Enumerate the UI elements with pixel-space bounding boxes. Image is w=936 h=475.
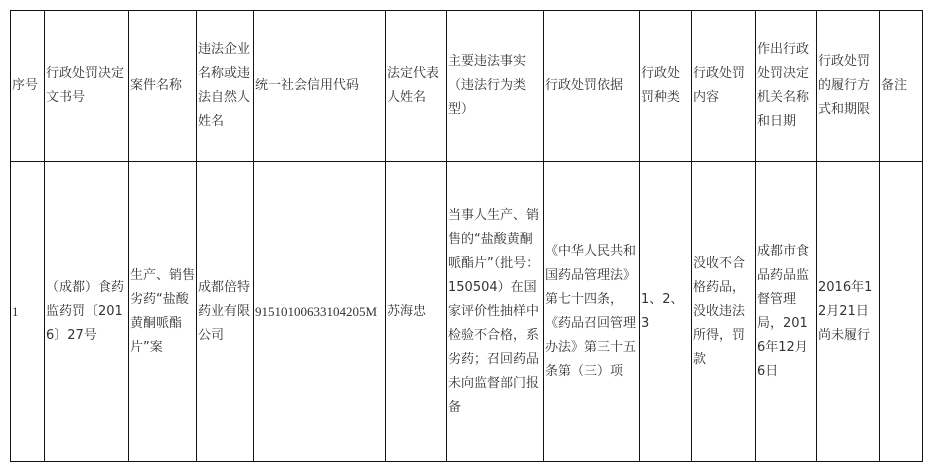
header-legal-rep: 法定代表人姓名 [386,11,447,162]
cell-fulfillment: 2016年12月21日尚未履行 [817,162,880,462]
header-remarks: 备注 [880,11,923,162]
cell-remarks [880,162,923,462]
header-credit-code: 统一社会信用代码 [254,11,386,162]
table-row: 1 （成都）食药监药罚〔2016〕27号 生产、销售劣药“盐酸黄酮哌酯片”案 成… [11,162,923,462]
header-violation-facts: 主要违法事实（违法行为类型） [447,11,544,162]
cell-violation-facts: 当事人生产、销售的“盐酸黄酮哌酯片”（批号：150504）在国家评价性抽样中检验… [447,162,544,462]
cell-legal-rep: 苏海忠 [386,162,447,462]
header-decision-doc-no: 行政处罚决定 文书号 [45,11,129,162]
header-penalty-basis: 行政处罚依据 [544,11,640,162]
header-penalty-type: 行政处罚种类 [640,11,692,162]
penalty-table: 序号 行政处罚决定 文书号 案件名称 违法企业名称或违法自然人姓名 统一社会信用… [10,10,923,462]
header-index: 序号 [11,11,45,162]
header-row: 序号 行政处罚决定 文书号 案件名称 违法企业名称或违法自然人姓名 统一社会信用… [11,11,923,162]
cell-decision-doc-no: （成都）食药监药罚〔2016〕27号 [45,162,129,462]
cell-penalty-content: 没收不合格药品，没收违法所得，罚款 [692,162,756,462]
cell-penalty-type: 1、2、3 [640,162,692,462]
cell-index: 1 [11,162,45,462]
header-fulfillment: 行政处罚的履行方式和期限 [817,11,880,162]
cell-credit-code: 91510100633104205M [254,162,386,462]
header-violator: 违法企业名称或违法自然人姓名 [197,11,254,162]
cell-violator: 成都倍特药业有限公司 [197,162,254,462]
cell-penalty-basis: 《中华人民共和国药品管理法》第七十四条，《药品召回管理办法》第三十五条第（三）项 [544,162,640,462]
header-case-name: 案件名称 [129,11,197,162]
header-penalty-content: 行政处罚内容 [692,11,756,162]
header-authority-date: 作出行政处罚决定机关名称和日期 [756,11,817,162]
cell-case-name: 生产、销售劣药“盐酸黄酮哌酯片”案 [129,162,197,462]
cell-authority-date: 成都市食品药品监督管理局，2016年12月6日 [756,162,817,462]
